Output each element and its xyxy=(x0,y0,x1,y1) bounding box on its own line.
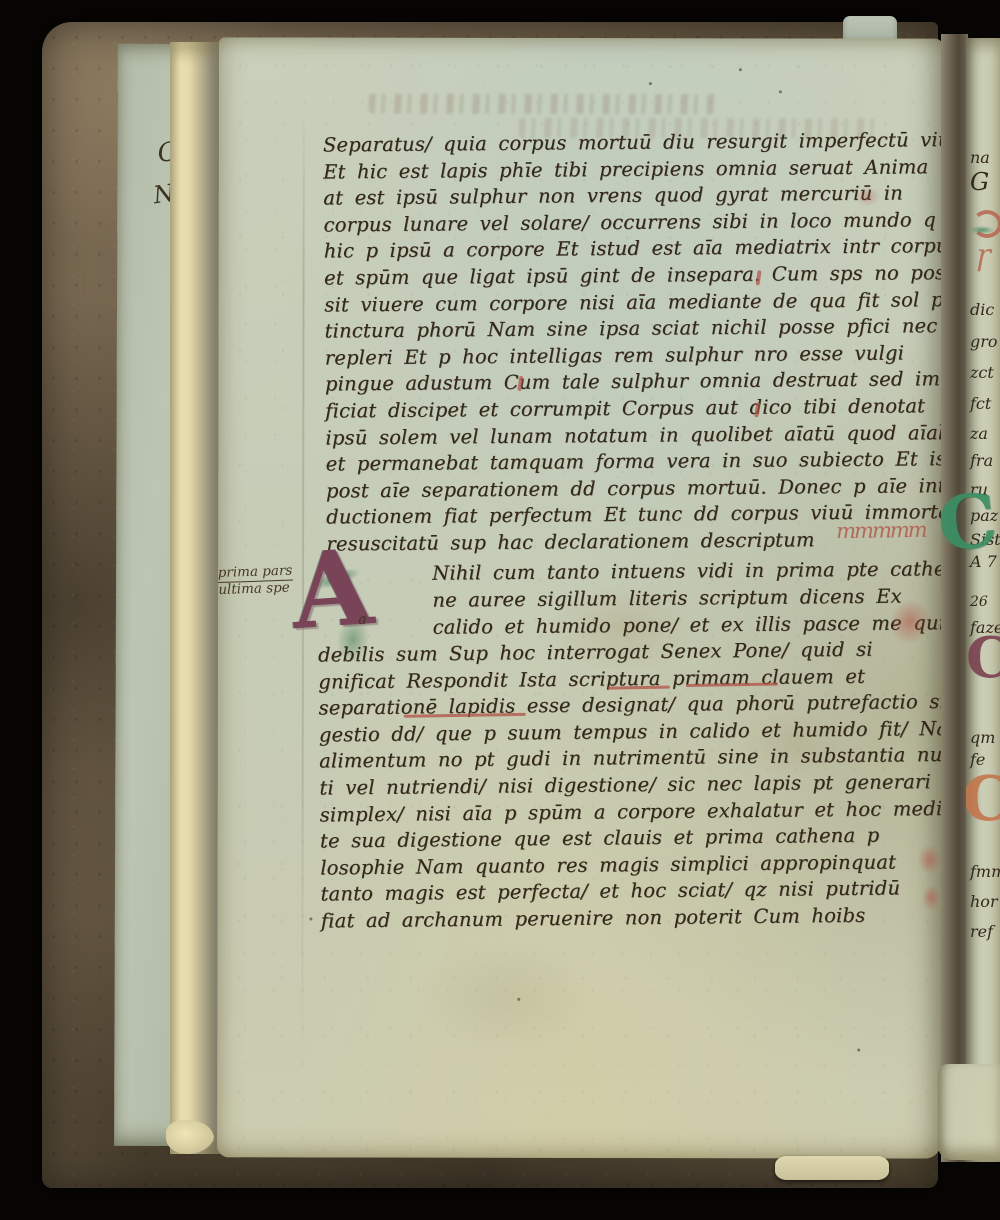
facing-text-fragment: za xyxy=(970,424,988,443)
guide-letter: a xyxy=(358,612,367,628)
facing-text-fragment: fct xyxy=(970,394,991,413)
paragraph-1: Separatus/ quia corpus mortuū diu resurg… xyxy=(323,128,943,559)
marginal-note-line: ultima spe xyxy=(218,580,290,598)
facing-page-bottom-corner xyxy=(938,1064,1000,1160)
red-smudge xyxy=(918,845,942,875)
facing-text-fragment: G xyxy=(970,168,989,196)
page-speck xyxy=(309,918,312,921)
page-speck xyxy=(649,82,652,85)
red-green-decoration xyxy=(972,210,1000,238)
facing-text-fragment: hor xyxy=(970,892,998,911)
manuscript-photo: C N Separatus/ quia corpus mortuū diu re… xyxy=(0,0,1000,1220)
verso-bleedthrough xyxy=(369,94,719,115)
facing-text-fragment: zct xyxy=(970,363,994,382)
gutter-shadow xyxy=(941,34,968,1162)
facing-initial-green: C xyxy=(934,483,1000,563)
page-speck xyxy=(517,998,520,1001)
facing-page-sliver: na G ꞅ dic gro zct fct za fra ru paz Sis… xyxy=(966,38,1000,1162)
red-flourish: ꞅ xyxy=(976,238,990,273)
facing-text-fragment: qm xyxy=(970,728,995,747)
red-line-filler: mmmmm xyxy=(836,518,926,543)
page-speck xyxy=(739,68,742,71)
manuscript-page: Separatus/ quia corpus mortuū diu resurg… xyxy=(217,37,943,1158)
facing-text-fragment: ref xyxy=(970,922,993,941)
marginal-note: prima pars ultima spe xyxy=(217,562,314,599)
facing-text-fragment: gro xyxy=(970,332,998,351)
page-speck xyxy=(857,1048,860,1051)
facing-margin-number: 26 xyxy=(970,594,988,610)
paragraph-2: debilis sum Sup hoc interrogat Senex Pon… xyxy=(318,637,943,936)
facing-text-fragment: na xyxy=(970,148,990,167)
red-smudge xyxy=(855,186,881,206)
page-edge-below xyxy=(775,1156,889,1180)
paragraph-2-head: Nihil cum tanto intuens vidi in prima pt… xyxy=(432,557,943,643)
stub-curl xyxy=(166,1120,214,1154)
facing-initial-maroon: C xyxy=(966,630,1000,686)
page-speck xyxy=(779,90,782,93)
facing-initial-red: C xyxy=(966,768,1000,830)
page-stain xyxy=(417,938,597,1058)
facing-text-fragment: fra xyxy=(970,451,993,470)
green-decoration xyxy=(970,226,994,234)
red-smudge xyxy=(921,885,941,911)
facing-text-fragment: dic xyxy=(970,300,994,319)
facing-text-fragment: fmm xyxy=(970,862,1000,881)
